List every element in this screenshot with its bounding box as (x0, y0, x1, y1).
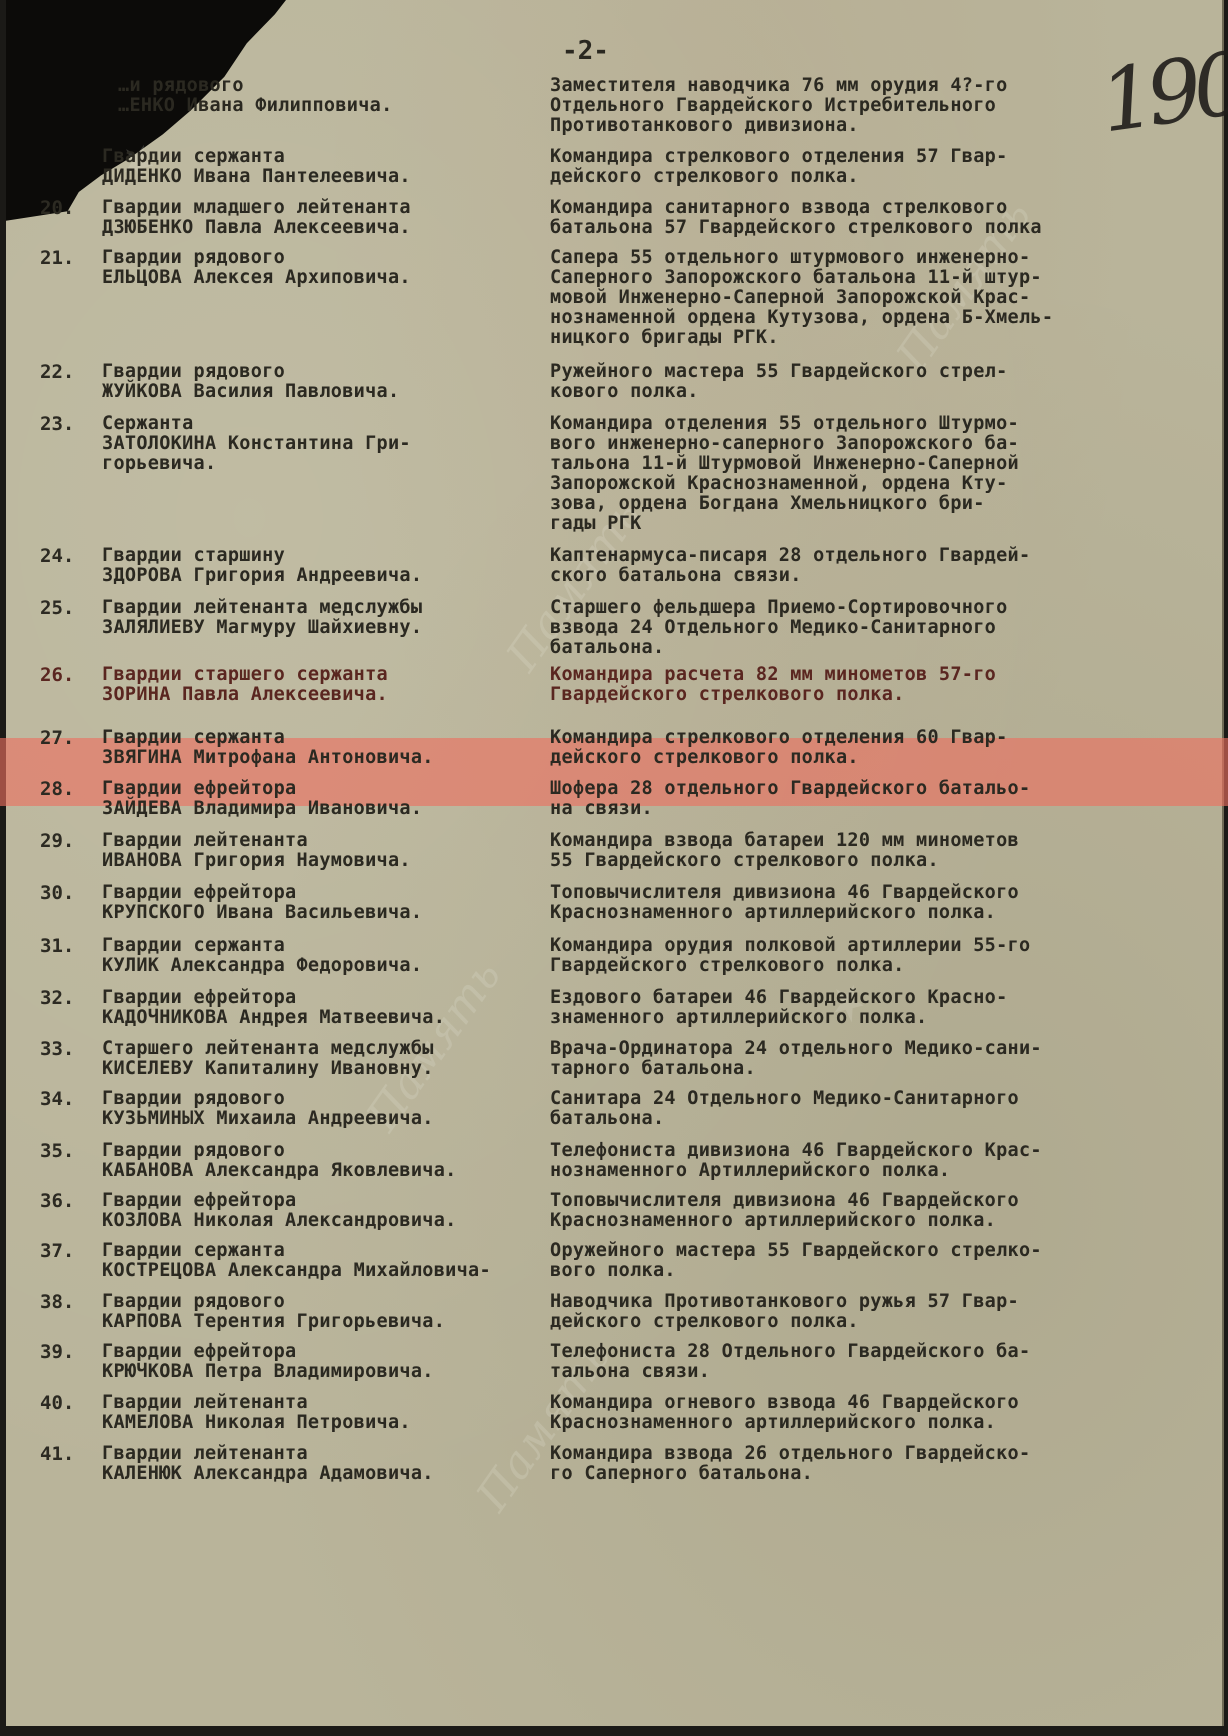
entry-position-line: батальона 57 Гвардейского стрелкового по… (550, 217, 1042, 238)
entry-name: КАМЕЛОВА Николая Петровича. (102, 1412, 411, 1433)
entry-position-line: Санитара 24 Отдельного Медико-Санитарног… (550, 1088, 1019, 1109)
entry-number: 34. (40, 1088, 74, 1110)
entry-rank: Гвардии сержанта (102, 935, 285, 956)
entry-number: 26. (40, 664, 74, 686)
entry-number: 37. (40, 1240, 74, 1262)
entry-rank: Гвардии рядового (102, 1291, 285, 1312)
entry-rank: Гвардии лейтенанта (102, 830, 308, 851)
entry-number: 41. (40, 1443, 74, 1465)
entry-name: КРЮЧКОВА Петра Владимировича. (102, 1361, 434, 1382)
entry-position-line: батальона. (550, 637, 664, 658)
entry-position-line: Отдельного Гвардейского Истребительного (550, 95, 996, 116)
entry-number: 25. (40, 597, 74, 619)
entry-position-line: нознаменного Артиллерийского полка. (550, 1160, 950, 1181)
entry-name: КАБАНОВА Александра Яковлевича. (102, 1160, 457, 1181)
entry-position-line: Командира стрелкового отделения 60 Гвар- (550, 727, 1008, 748)
entry-position-line: Командира орудия полковой артиллерии 55-… (550, 935, 1030, 956)
entry-position-line: дейского стрелкового полка. (550, 1311, 859, 1332)
entry-position-line: Телефониста дивизиона 46 Гвардейского Кр… (550, 1140, 1042, 1161)
entry-name: КАРПОВА Терентия Григорьевича. (102, 1311, 445, 1332)
entry-position-line: Старшего фельдшера Приемо-Сортировочного (550, 597, 1008, 618)
entry-rank: Сержанта (102, 413, 194, 434)
entry-position-line: Командира стрелкового отделения 57 Гвар- (550, 146, 1008, 167)
entry-name: ЗВЯГИНА Митрофана Антоновича. (102, 747, 434, 768)
entry-position-line: батальона. (550, 1108, 664, 1129)
entry-name: ЗОРИНА Павла Алексеевича. (102, 684, 388, 705)
entry-number: 36. (40, 1190, 74, 1212)
entry-position-line: Врача-Ординатора 24 отдельного Медико-са… (550, 1038, 1042, 1059)
entry-rank: Гвардии старшего сержанта (102, 664, 388, 685)
entry-position-line: тальона 11-й Штурмовой Инженерно-Саперно… (550, 453, 1019, 474)
entry-position-line: Запорожской Краснознаменной, ордена Кту- (550, 473, 1008, 494)
entry-position-line: Командира санитарного взвода стрелкового (550, 197, 1008, 218)
entry-number: 30. (40, 882, 74, 904)
entry-position-line: Командира расчета 82 мм минометов 57-го (550, 664, 996, 685)
entry-position-line: тальона связи. (550, 1361, 710, 1382)
entry-rank: Гвардии ефрейтора (102, 1341, 296, 1362)
entry-position-line: ницкого бригады РГК. (550, 327, 779, 348)
entry-rank: Гвардии рядового (102, 1140, 285, 1161)
entry-number: 20. (40, 197, 74, 219)
entry-rank: Гвардии сержанта (102, 146, 285, 167)
entry-rank: …и рядового (118, 75, 244, 96)
entry-name: ИВАНОВА Григория Наумовича. (102, 850, 411, 871)
entry-position-line: Ружейного мастера 55 Гвардейского стрел- (550, 361, 1008, 382)
entry-rank: Гвардии младшего лейтенанта (102, 197, 411, 218)
entry-name: ЖУЙКОВА Василия Павловича. (102, 381, 399, 402)
entry-position-line: на связи. (550, 798, 653, 819)
entry-position-line: Ездового батареи 46 Гвардейского Красно- (550, 987, 1008, 1008)
entry-name: ДЗЮБЕНКО Павла Алексеевича. (102, 217, 411, 238)
entry-number: 24. (40, 545, 74, 567)
entry-position-line: Сапера 55 отдельного штурмового инженерн… (550, 247, 1030, 268)
entry-position-line: гады РГК (550, 513, 642, 534)
entry-name: КУЗЬМИНЫХ Михаила Андреевича. (102, 1108, 434, 1129)
entry-number: 28. (40, 778, 74, 800)
entry-position-line: Шофера 28 отдельного Гвардейского баталь… (550, 778, 1030, 799)
entry-rank: Гвардии ефрейтора (102, 1190, 296, 1211)
entry-rank: Гвардии ефрейтора (102, 987, 296, 1008)
entry-position-line: 55 Гвардейского стрелкового полка. (550, 850, 939, 871)
entry-position-line: дейского стрелкового полка. (550, 747, 859, 768)
entry-rank: Гвардии рядового (102, 247, 285, 268)
entry-position-line: зова, ордена Богдана Хмельницкого бри- (550, 493, 985, 514)
entry-position-line: Каптенармуса-писаря 28 отдельного Гварде… (550, 545, 1030, 566)
entry-rank: Гвардии лейтенанта (102, 1392, 308, 1413)
entry-position-line: тарного батальона. (550, 1058, 756, 1079)
entry-position-line: Командира взвода батареи 120 мм миномето… (550, 830, 1019, 851)
entry-position-line: Командира взвода 26 отдельного Гвардейск… (550, 1443, 1030, 1464)
entry-position-line: мовой Инженерно-Саперной Запорожской Кра… (550, 287, 1030, 308)
entry-name: ЕЛЬЦОВА Алексея Архиповича. (102, 267, 411, 288)
entry-name: ЗАТОЛОКИНА Константина Гри- (102, 433, 411, 454)
entry-rank: Гвардии сержанта (102, 1240, 285, 1261)
entry-position-line: Краснознаменного артиллерийского полка. (550, 902, 996, 923)
entry-position-line: Противотанкового дивизиона. (550, 115, 859, 136)
entry-name: КАЛЕНЮК Александра Адамовича. (102, 1463, 434, 1484)
entry-position-line: Телефониста 28 Отдельного Гвардейского б… (550, 1341, 1030, 1362)
entry-position-line: Гвардейского стрелкового полка. (550, 684, 905, 705)
entry-number: 27. (40, 727, 74, 749)
entry-name: КРУПСКОГО Ивана Васильевича. (102, 902, 422, 923)
entry-position-line: вого инженерно-саперного Запорожского ба… (550, 433, 1019, 454)
entry-number: 35. (40, 1140, 74, 1162)
entry-position-line: го Саперного батальона. (550, 1463, 813, 1484)
entry-rank: Гвардии ефрейтора (102, 882, 296, 903)
entry-rank: Гвардии лейтенанта медслужбы (102, 597, 422, 618)
entry-position-line: Оружейного мастера 55 Гвардейского стрел… (550, 1240, 1042, 1261)
entry-number: 32. (40, 987, 74, 1009)
entry-position-line: кового полка. (550, 381, 699, 402)
entry-rank: Гвардии ефрейтора (102, 778, 296, 799)
entry-number: 23. (40, 413, 74, 435)
entry-position-line: дейского стрелкового полка. (550, 166, 859, 187)
entry-name: …ЕНКО Ивана Филипповича. (118, 95, 393, 116)
entry-position-line: Командира отделения 55 отдельного Штурмо… (550, 413, 1019, 434)
entry-rank: Гвардии лейтенанта (102, 1443, 308, 1464)
entry-number: 31. (40, 935, 74, 957)
entry-number: 21. (40, 247, 74, 269)
entry-name: КАДОЧНИКОВА Андрея Матвеевича. (102, 1007, 445, 1028)
entry-position-line: Наводчика Противотанкового ружья 57 Гвар… (550, 1291, 1019, 1312)
entry-rank: Гвардии рядового (102, 361, 285, 382)
page-number: -2- (562, 36, 609, 66)
entry-position-line: Командира огневого взвода 46 Гвардейског… (550, 1392, 1019, 1413)
entry-name: КОЗЛОВА Николая Александровича. (102, 1210, 457, 1231)
entry-position-line: взвода 24 Отдельного Медико-Санитарного (550, 617, 996, 638)
entry-name: КИСЕЛЕВУ Капиталину Ивановну. (102, 1058, 434, 1079)
entry-name: ЗАЙДЕВА Владимира Ивановича. (102, 798, 422, 819)
entry-name: ДИДЕНКО Ивана Пантелеевича. (102, 166, 411, 187)
entry-position-line: нознаменной ордена Кутузова, ордена Б-Хм… (550, 307, 1053, 328)
entry-name-continued: горьевича. (102, 453, 216, 474)
entry-number: 40. (40, 1392, 74, 1414)
entry-rank: Гвардии сержанта (102, 727, 285, 748)
entry-position-line: Краснознаменного артиллерийского полка. (550, 1210, 996, 1231)
entry-rank: Старшего лейтенанта медслужбы (102, 1038, 434, 1059)
entry-position-line: Гвардейского стрелкового полка. (550, 955, 905, 976)
entry-rank: Гвардии рядового (102, 1088, 285, 1109)
entry-rank: Гвардии старшину (102, 545, 285, 566)
entry-name: ЗДОРОВА Григория Андреевича. (102, 565, 422, 586)
entry-position-line: Саперного Запорожского батальона 11-й шт… (550, 267, 1042, 288)
entry-number: 22. (40, 361, 74, 383)
entry-number: 39. (40, 1341, 74, 1363)
entry-position-line: вого полка. (550, 1260, 676, 1281)
entry-position-line: Топовычислителя дивизиона 46 Гвардейског… (550, 882, 1019, 903)
entry-number: 33. (40, 1038, 74, 1060)
entry-number: 29. (40, 830, 74, 852)
entry-name: КУЛИК Александра Федоровича. (102, 955, 422, 976)
entry-position-line: Заместителя наводчика 76 мм орудия 4?-го (550, 75, 1008, 96)
entry-position-line: Краснознаменного артиллерийского полка. (550, 1412, 996, 1433)
entry-position-line: знаменного артиллерийского полка. (550, 1007, 927, 1028)
entry-name: КОСТРЕЦОВА Александра Михайловича- (102, 1260, 491, 1281)
entry-position-line: ского батальона связи. (550, 565, 802, 586)
entry-number: 38. (40, 1291, 74, 1313)
entry-position-line: Топовычислителя дивизиона 46 Гвардейског… (550, 1190, 1019, 1211)
entry-name: ЗАЛЯЛИЕВУ Магмуру Шайхиевну. (102, 617, 422, 638)
